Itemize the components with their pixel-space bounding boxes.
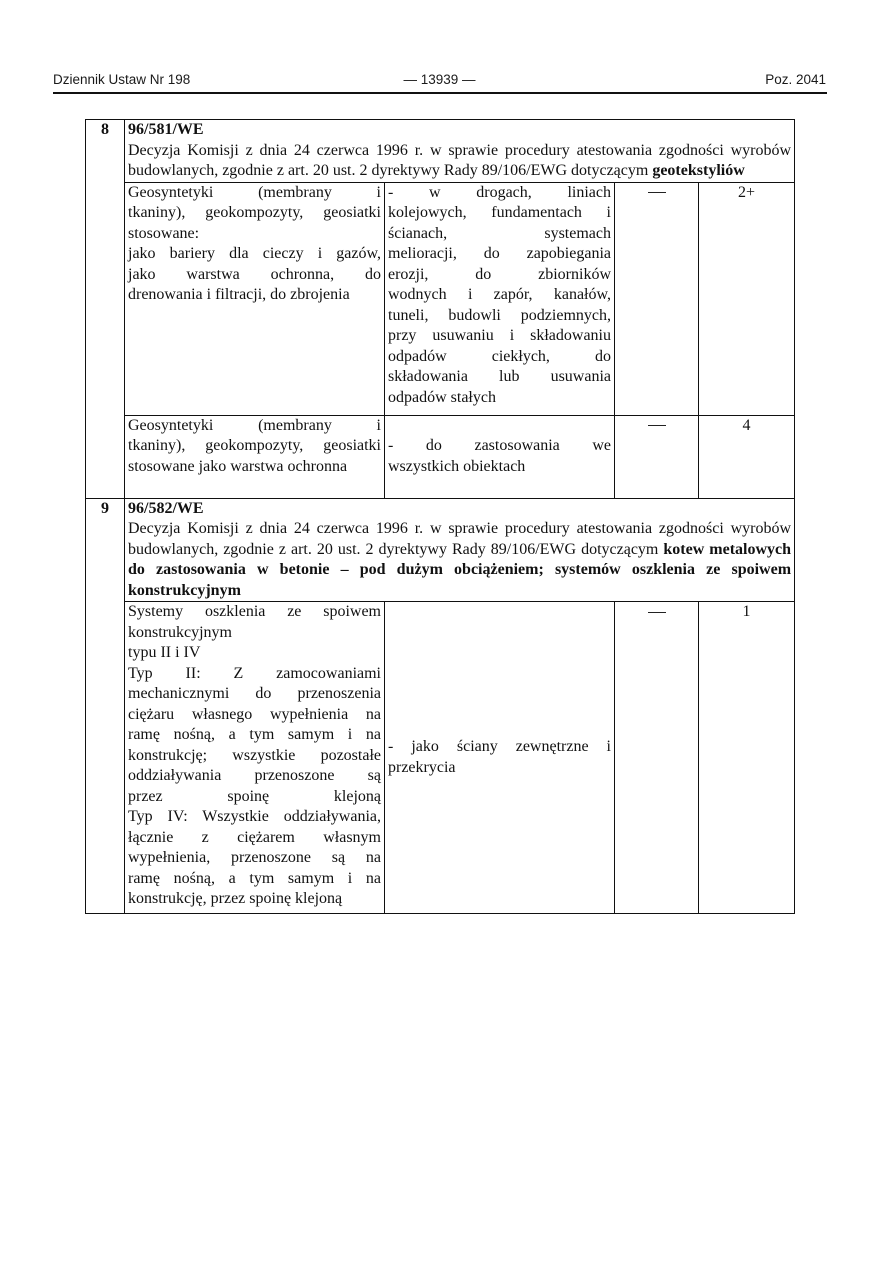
section-number: 9: [86, 498, 125, 914]
attestation-system: 4: [699, 415, 795, 498]
dash-mark: [648, 425, 666, 426]
section-number: 8: [86, 120, 125, 499]
dash-mark: [648, 192, 666, 193]
table-row: Geosyntetyki (membrany itkaniny), geokom…: [86, 415, 795, 498]
intended-use: - jako ściany zewnętrzne iprzekrycia: [385, 602, 615, 914]
product-description: Systemy oszklenia ze spoiwemkonstrukcyjn…: [125, 602, 385, 914]
decisions-table: 896/581/WEDecyzja Komisji z dnia 24 czer…: [85, 119, 795, 914]
decision-subject: geotekstyliów: [652, 162, 744, 179]
table-row: Geosyntetyki (membrany itkaniny), geokom…: [86, 182, 795, 415]
product-description: Geosyntetyki (membrany itkaniny), geokom…: [125, 415, 385, 498]
levels-cell: [615, 415, 699, 498]
levels-cell: [615, 182, 699, 415]
levels-cell: [615, 602, 699, 914]
page-header: Dziennik Ustaw Nr 198 — 13939 — Poz. 204…: [53, 72, 826, 92]
attestation-system: 2+: [699, 182, 795, 415]
position-number: Poz. 2041: [765, 72, 826, 87]
table-row: Systemy oszklenia ze spoiwemkonstrukcyjn…: [86, 602, 795, 914]
attestation-system: 1: [699, 602, 795, 914]
decision-code: 96/582/WE: [128, 499, 791, 520]
intended-use: - do zastosowania wewszystkich obiektach: [385, 415, 615, 498]
product-description: Geosyntetyki (membrany itkaniny), geokom…: [125, 182, 385, 415]
intended-use: - w drogach, liniachkolejowych, fundamen…: [385, 182, 615, 415]
section-heading: 96/582/WEDecyzja Komisji z dnia 24 czerw…: [125, 498, 795, 602]
decision-code: 96/581/WE: [128, 120, 791, 141]
dash-mark: [648, 612, 666, 613]
section-heading: 96/581/WEDecyzja Komisji z dnia 24 czerw…: [125, 120, 795, 183]
page-number: — 13939 —: [53, 72, 826, 87]
section-header-row: 896/581/WEDecyzja Komisji z dnia 24 czer…: [86, 120, 795, 183]
section-header-row: 996/582/WEDecyzja Komisji z dnia 24 czer…: [86, 498, 795, 602]
header-rule: [53, 92, 827, 94]
